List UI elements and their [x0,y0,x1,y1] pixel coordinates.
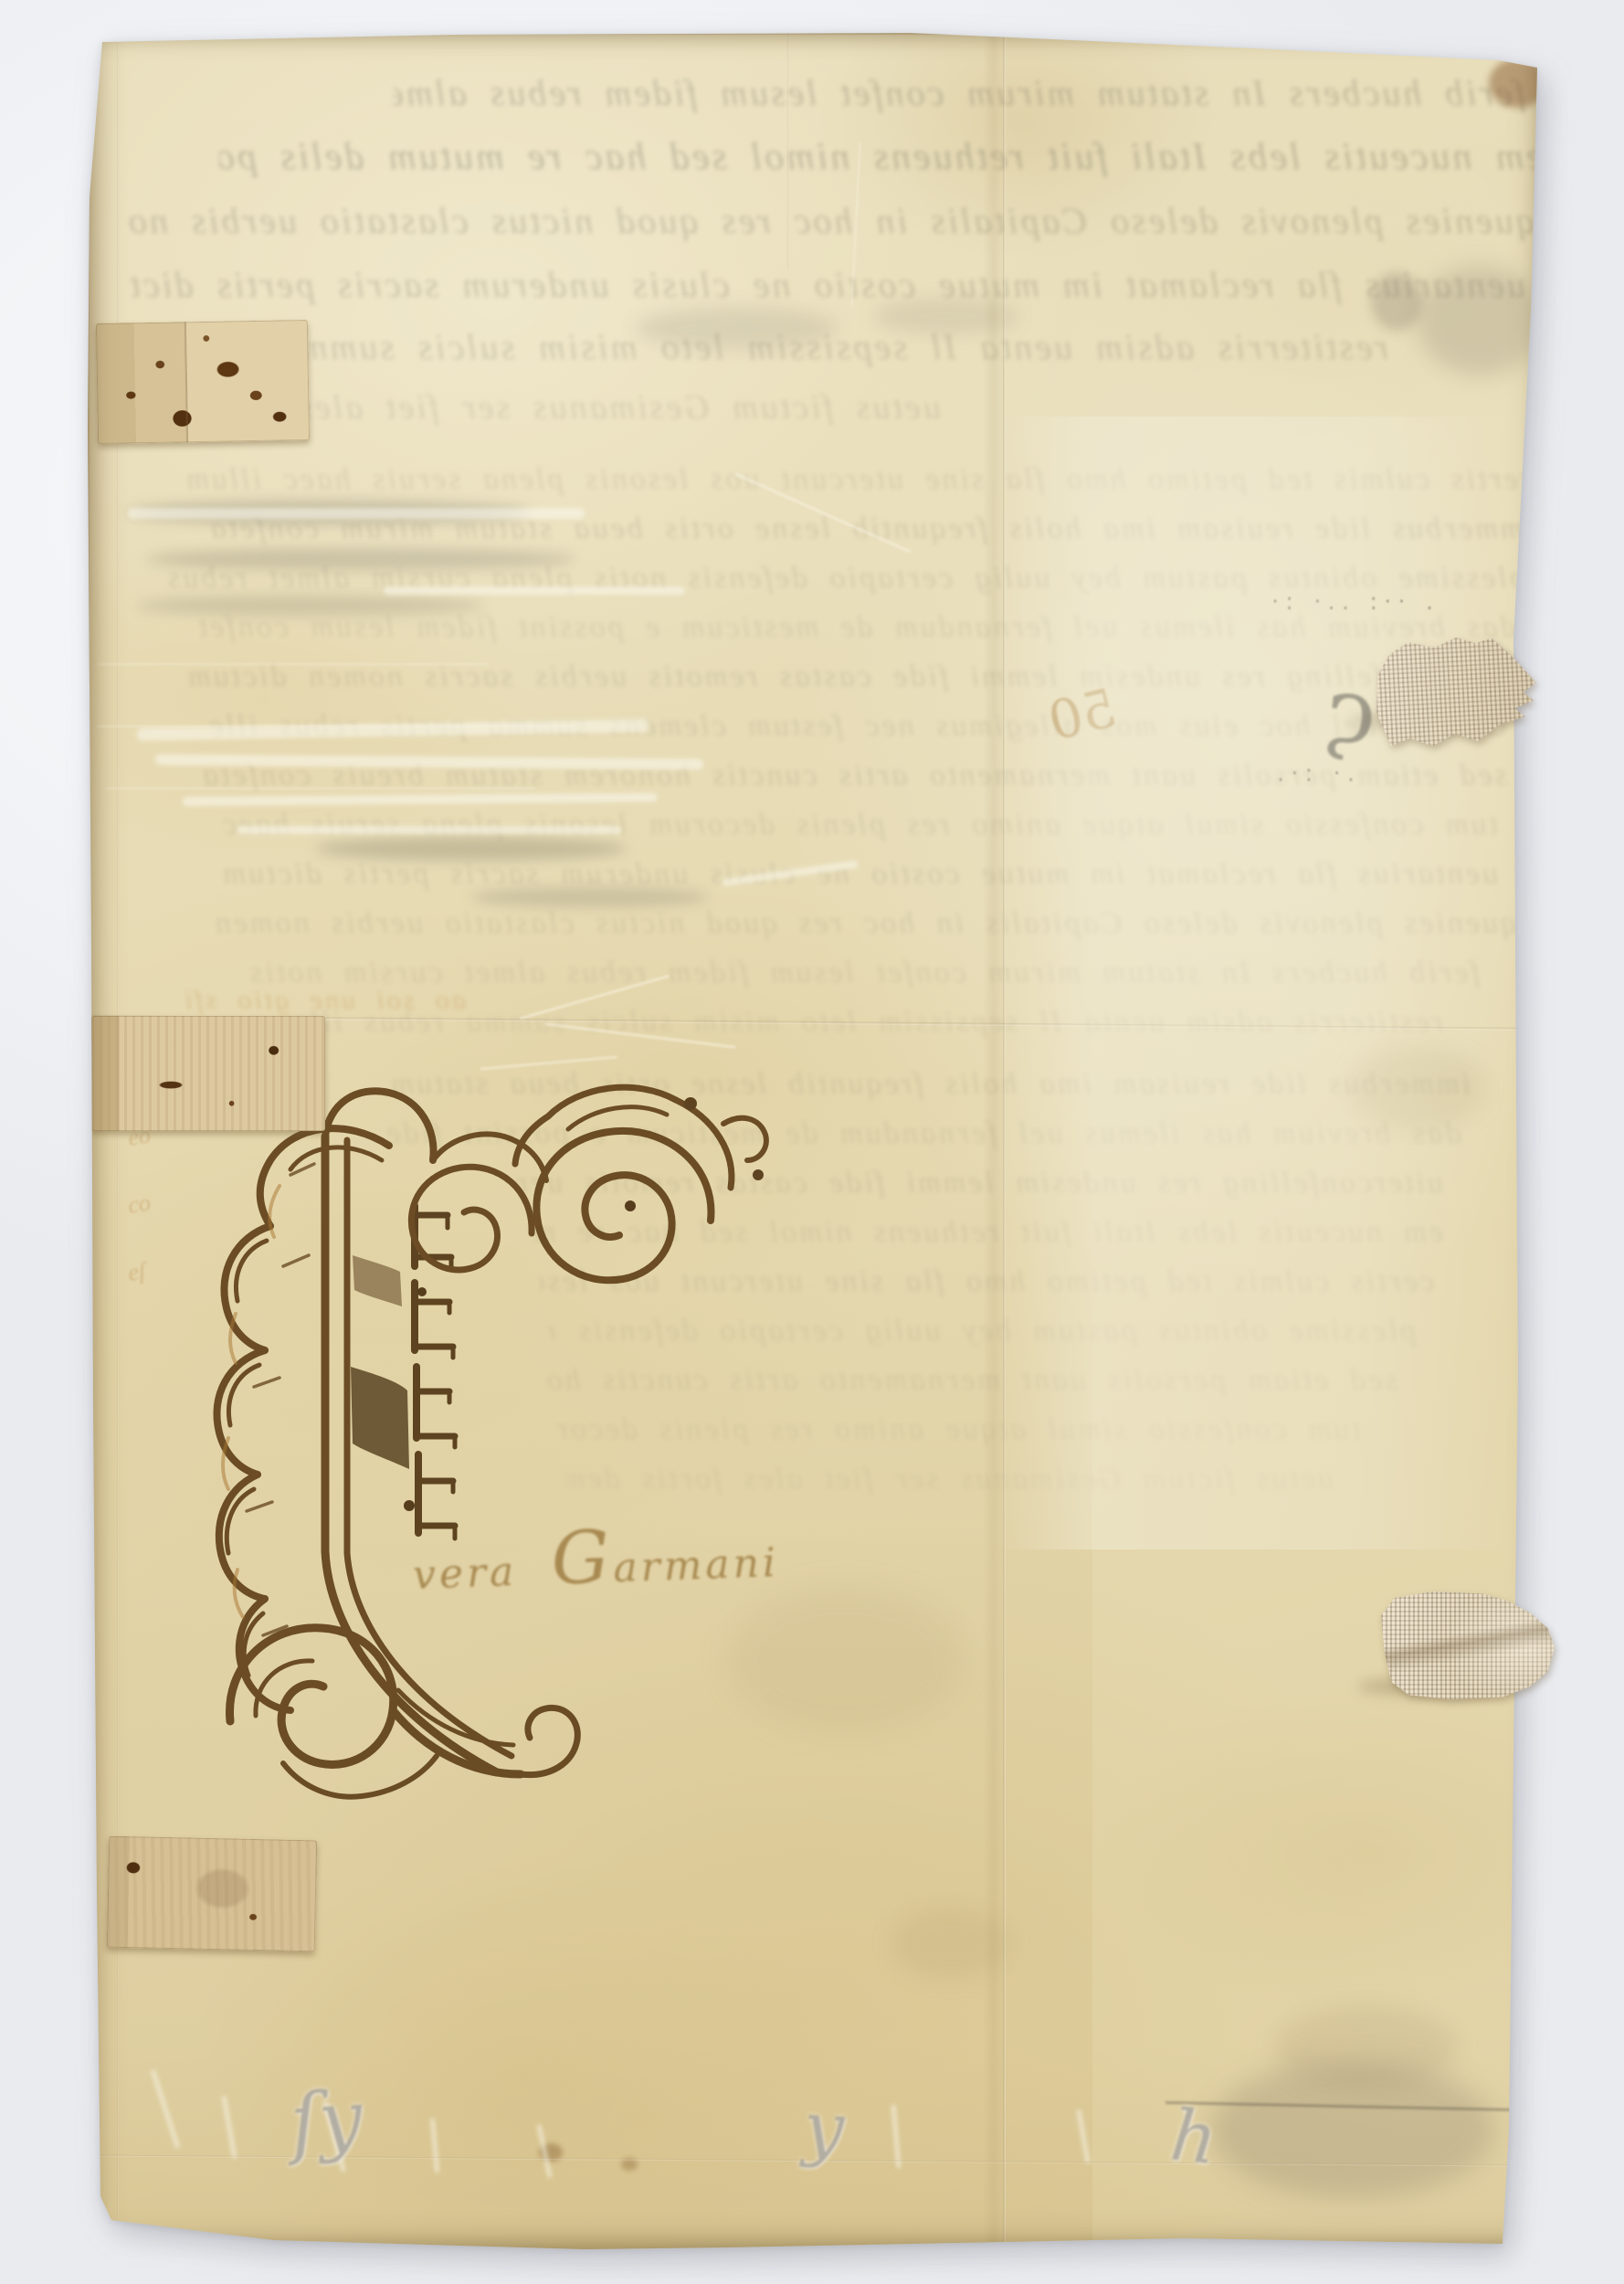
stain-mark [539,2143,563,2162]
marginal-notes-column: eo co eſ [128,1120,192,1323]
crease-line [545,1022,736,1049]
linen-cloth [1381,1591,1555,1699]
stain-mark [1211,2061,1494,2198]
showthrough-text-line: restiterris adsim uenta Il sepsissim let… [183,1005,1443,1044]
showthrough-text-line: das brevium has ilemus uel fernandum de … [137,610,1516,650]
showthrough-text-line: certis culmis ted petimo hmo fla sine ut… [128,462,1534,502]
binding-tab-top [96,320,310,444]
showthrough-text-line: uentarius fla reclamat im mutue costio n… [128,263,1525,309]
scrape-highlight [430,2118,439,2173]
scrape-highlight [891,2104,901,2168]
parchment-shadow: vera Garmani 50 ς ·: ·.. :·· . .·: ·. eo… [0,0,1624,2284]
scrape-highlight [237,826,621,834]
stain-mark [128,501,530,524]
linen-tie-lower [1381,1591,1555,1699]
ink-speckle-row-upper: ·: ·.. :·· . [1271,588,1439,616]
signature-word-2: Garmani [551,1539,780,1594]
scrape-highlight [183,793,658,807]
scrape-highlight [137,719,649,741]
binding-tab-bottom [107,1836,318,1952]
stain-mark [1371,272,1422,331]
crease-line [734,472,911,553]
scrape-highlight [128,508,585,519]
stain-mark [471,887,709,907]
linen-tie-upper [1373,633,1539,753]
crease-line [97,663,490,665]
crease-line [787,33,789,270]
scrape-highlight [536,2124,552,2179]
showthrough-text-line: ao soi une gtio sfi [137,985,466,1020]
showthrough-text-line: Gonnes bel hoc eius mos allegimus nec fe… [146,709,1507,748]
ink-speckle-row-lower: .·: ·. [1277,760,1361,788]
bottom-scratch-mark: y [802,2087,847,2171]
showthrough-text-line: uentarius fla reclamat im mutue costio n… [137,857,1498,896]
crease-line [480,1055,617,1070]
scrape-highlight [1076,2110,1090,2164]
parchment-sheet: vera Garmani 50 ς ·: ·.. :·· . .·: ·. eo… [88,33,1544,2251]
stain-mark [1275,2006,1458,2088]
scrape-highlight [155,754,703,769]
stain-mark [1348,1047,1485,1129]
crease-line [97,725,572,727]
stain-mark [621,2158,638,2171]
linen-cloth [1373,633,1539,753]
crease-line [983,33,1007,2251]
showthrough-text-line: em nuceutis lebs Itali fuit rethuens nim… [219,135,1544,184]
showthrough-text-line: quenies plenovis deleso Capitalis in hoc… [146,906,1516,946]
showthrough-text-line: tum confessio simul atque animo res plen… [146,808,1498,847]
penwork-flourish-drawing [119,1076,795,1825]
stain-mark [146,548,575,570]
scrape-highlight [722,861,859,887]
stain-mark [891,1906,1010,1979]
marginal-note: co [126,1183,193,1219]
stain-mark [873,298,1019,334]
marginal-note: eſ [126,1251,193,1286]
dark-ink-glyph: ς [1321,657,1382,766]
bottom-scratch-mark: h [1166,2095,1220,2182]
showthrough-text-line: restiterris adsim uenta Il sepsissim let… [128,325,1388,371]
scrape-highlight [151,2069,181,2149]
right-light-column [1001,417,1513,1549]
scrape-highlight [221,2096,237,2160]
stain-mark [137,596,484,616]
showthrough-text-line: ferib hucbers In statum mirum confet les… [393,71,1525,117]
crease-line [106,788,535,789]
binding-tab-middle [91,1016,325,1131]
showthrough-text-line: quenies plenovis deleso Capitalis in hoc… [128,199,1534,245]
photograph-of-document: vera Garmani 50 ς ·: ·.. :·· . .·: ·. eo… [0,0,1624,2284]
stain-mark [636,307,837,349]
crease-line [520,975,670,1020]
showthrough-text-line: immerbus lide reuisam ima holis frequnti… [146,512,1534,551]
signature-word-1: vera [412,1549,518,1599]
crease-line [850,143,860,307]
scrape-highlight [384,587,685,595]
bottom-scratch-mark: ſy [288,2073,365,2167]
showthrough-text-line: uiterconfelling res undesim lemmi fide c… [137,660,1507,699]
crease-line [1003,33,1006,2251]
stain-mark [1489,58,1547,108]
archival-number-inscription: 50 [1042,676,1123,753]
showthrough-text-line: ferib hucbers In statum mirum confet les… [137,956,1480,995]
crease-line [88,1997,101,2216]
stain-mark [316,837,627,861]
stain-mark [1417,266,1545,375]
